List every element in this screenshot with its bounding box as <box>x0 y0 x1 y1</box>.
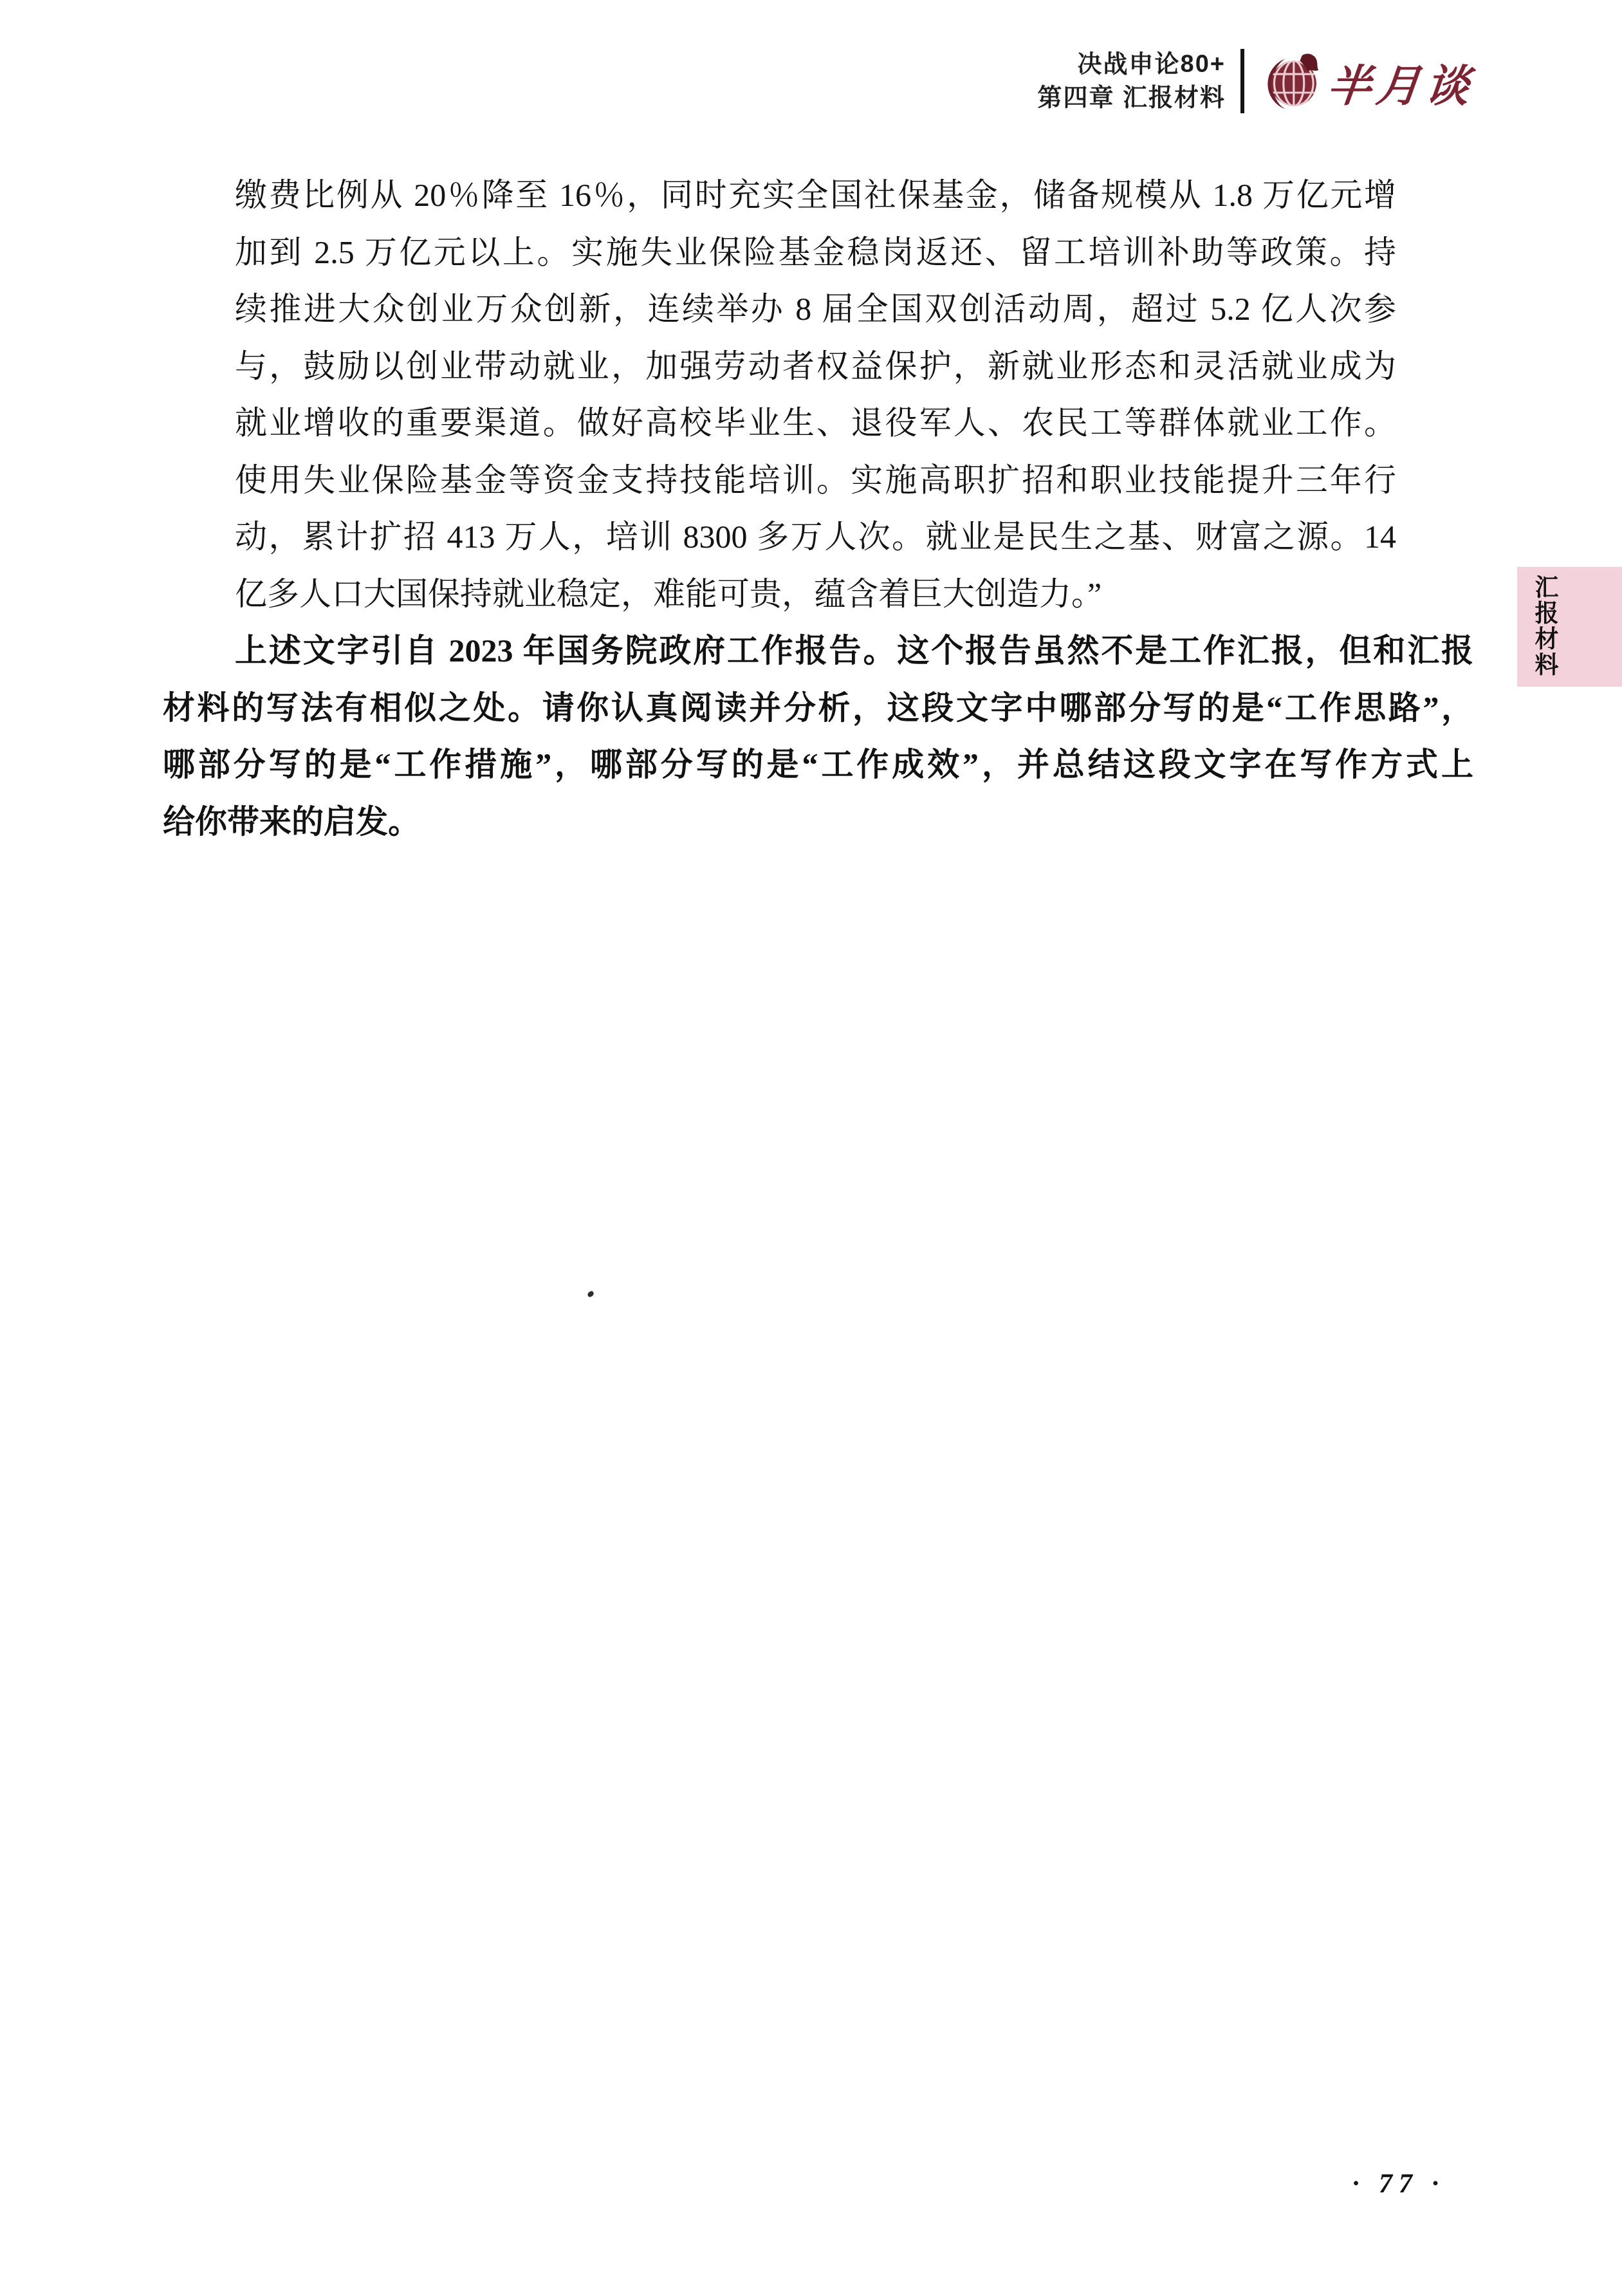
quote-line: 缴费比例从 20％降至 16％，同时充实全国社保基金，储备规模从 1.8 万亿元… <box>235 167 1396 224</box>
header-divider <box>1240 49 1244 113</box>
chapter-title: 第四章 汇报材料 <box>1037 81 1226 115</box>
side-tab-label: 汇报材料 <box>1531 575 1557 678</box>
quote-line: 亿多人口大国保持就业稳定，难能可贵，蕴含着巨大创造力。” <box>235 566 1396 623</box>
globe-icon <box>1255 51 1322 113</box>
quote-line: 续推进大众创业万众创新，连续举办 8 届全国双创活动周，超过 5.2 亿人次参 <box>235 281 1396 338</box>
paragraph-line: 哪部分写的是“工作措施”，哪部分写的是“工作成效”，并总结这段文字在写作方式上 <box>163 736 1473 793</box>
series-title: 决战申论80+ <box>1037 48 1226 81</box>
page-number: · 77 · <box>1324 2169 1473 2199</box>
paragraph-line: 上述文字引自 2023 年国务院政府工作报告。这个报告虽然不是工作汇报，但和汇报 <box>163 622 1473 680</box>
quote-line: 就业增收的重要渠道。做好高校毕业生、退役军人、农民工等群体就业工作。 <box>235 394 1396 452</box>
quoted-report-text: 缴费比例从 20％降至 16％，同时充实全国社保基金，储备规模从 1.8 万亿元… <box>235 167 1396 622</box>
quote-line: 使用失业保险基金等资金支持技能培训。实施高职扩招和职业技能提升三年行 <box>235 452 1396 509</box>
paragraph-line: 给你带来的启发。 <box>163 793 1473 851</box>
quote-line: 动，累计扩招 413 万人，培训 8300 多万人次。就业是民生之基、财富之源。… <box>235 508 1396 566</box>
header-titles: 决战申论80+ 第四章 汇报材料 <box>1037 48 1226 115</box>
brand-name: 半月谈 <box>1325 51 1478 114</box>
brand-logo: 半月谈 <box>1255 45 1475 120</box>
instruction-paragraph: 上述文字引自 2023 年国务院政府工作报告。这个报告虽然不是工作汇报，但和汇报… <box>163 622 1473 850</box>
chapter-side-tab: 汇报材料 <box>1517 567 1622 687</box>
scan-speck <box>587 1290 595 1298</box>
quote-line: 加到 2.5 万亿元以上。实施失业保险基金稳岗返还、留工培训补助等政策。持 <box>235 224 1396 281</box>
document-page: 决战申论80+ 第四章 汇报材料 <box>0 0 1622 2296</box>
paragraph-line: 材料的写法有相似之处。请你认真阅读并分析，这段文字中哪部分写的是“工作思路”， <box>163 680 1473 737</box>
quote-line: 与，鼓励以创业带动就业，加强劳动者权益保护，新就业形态和灵活就业成为 <box>235 338 1396 395</box>
